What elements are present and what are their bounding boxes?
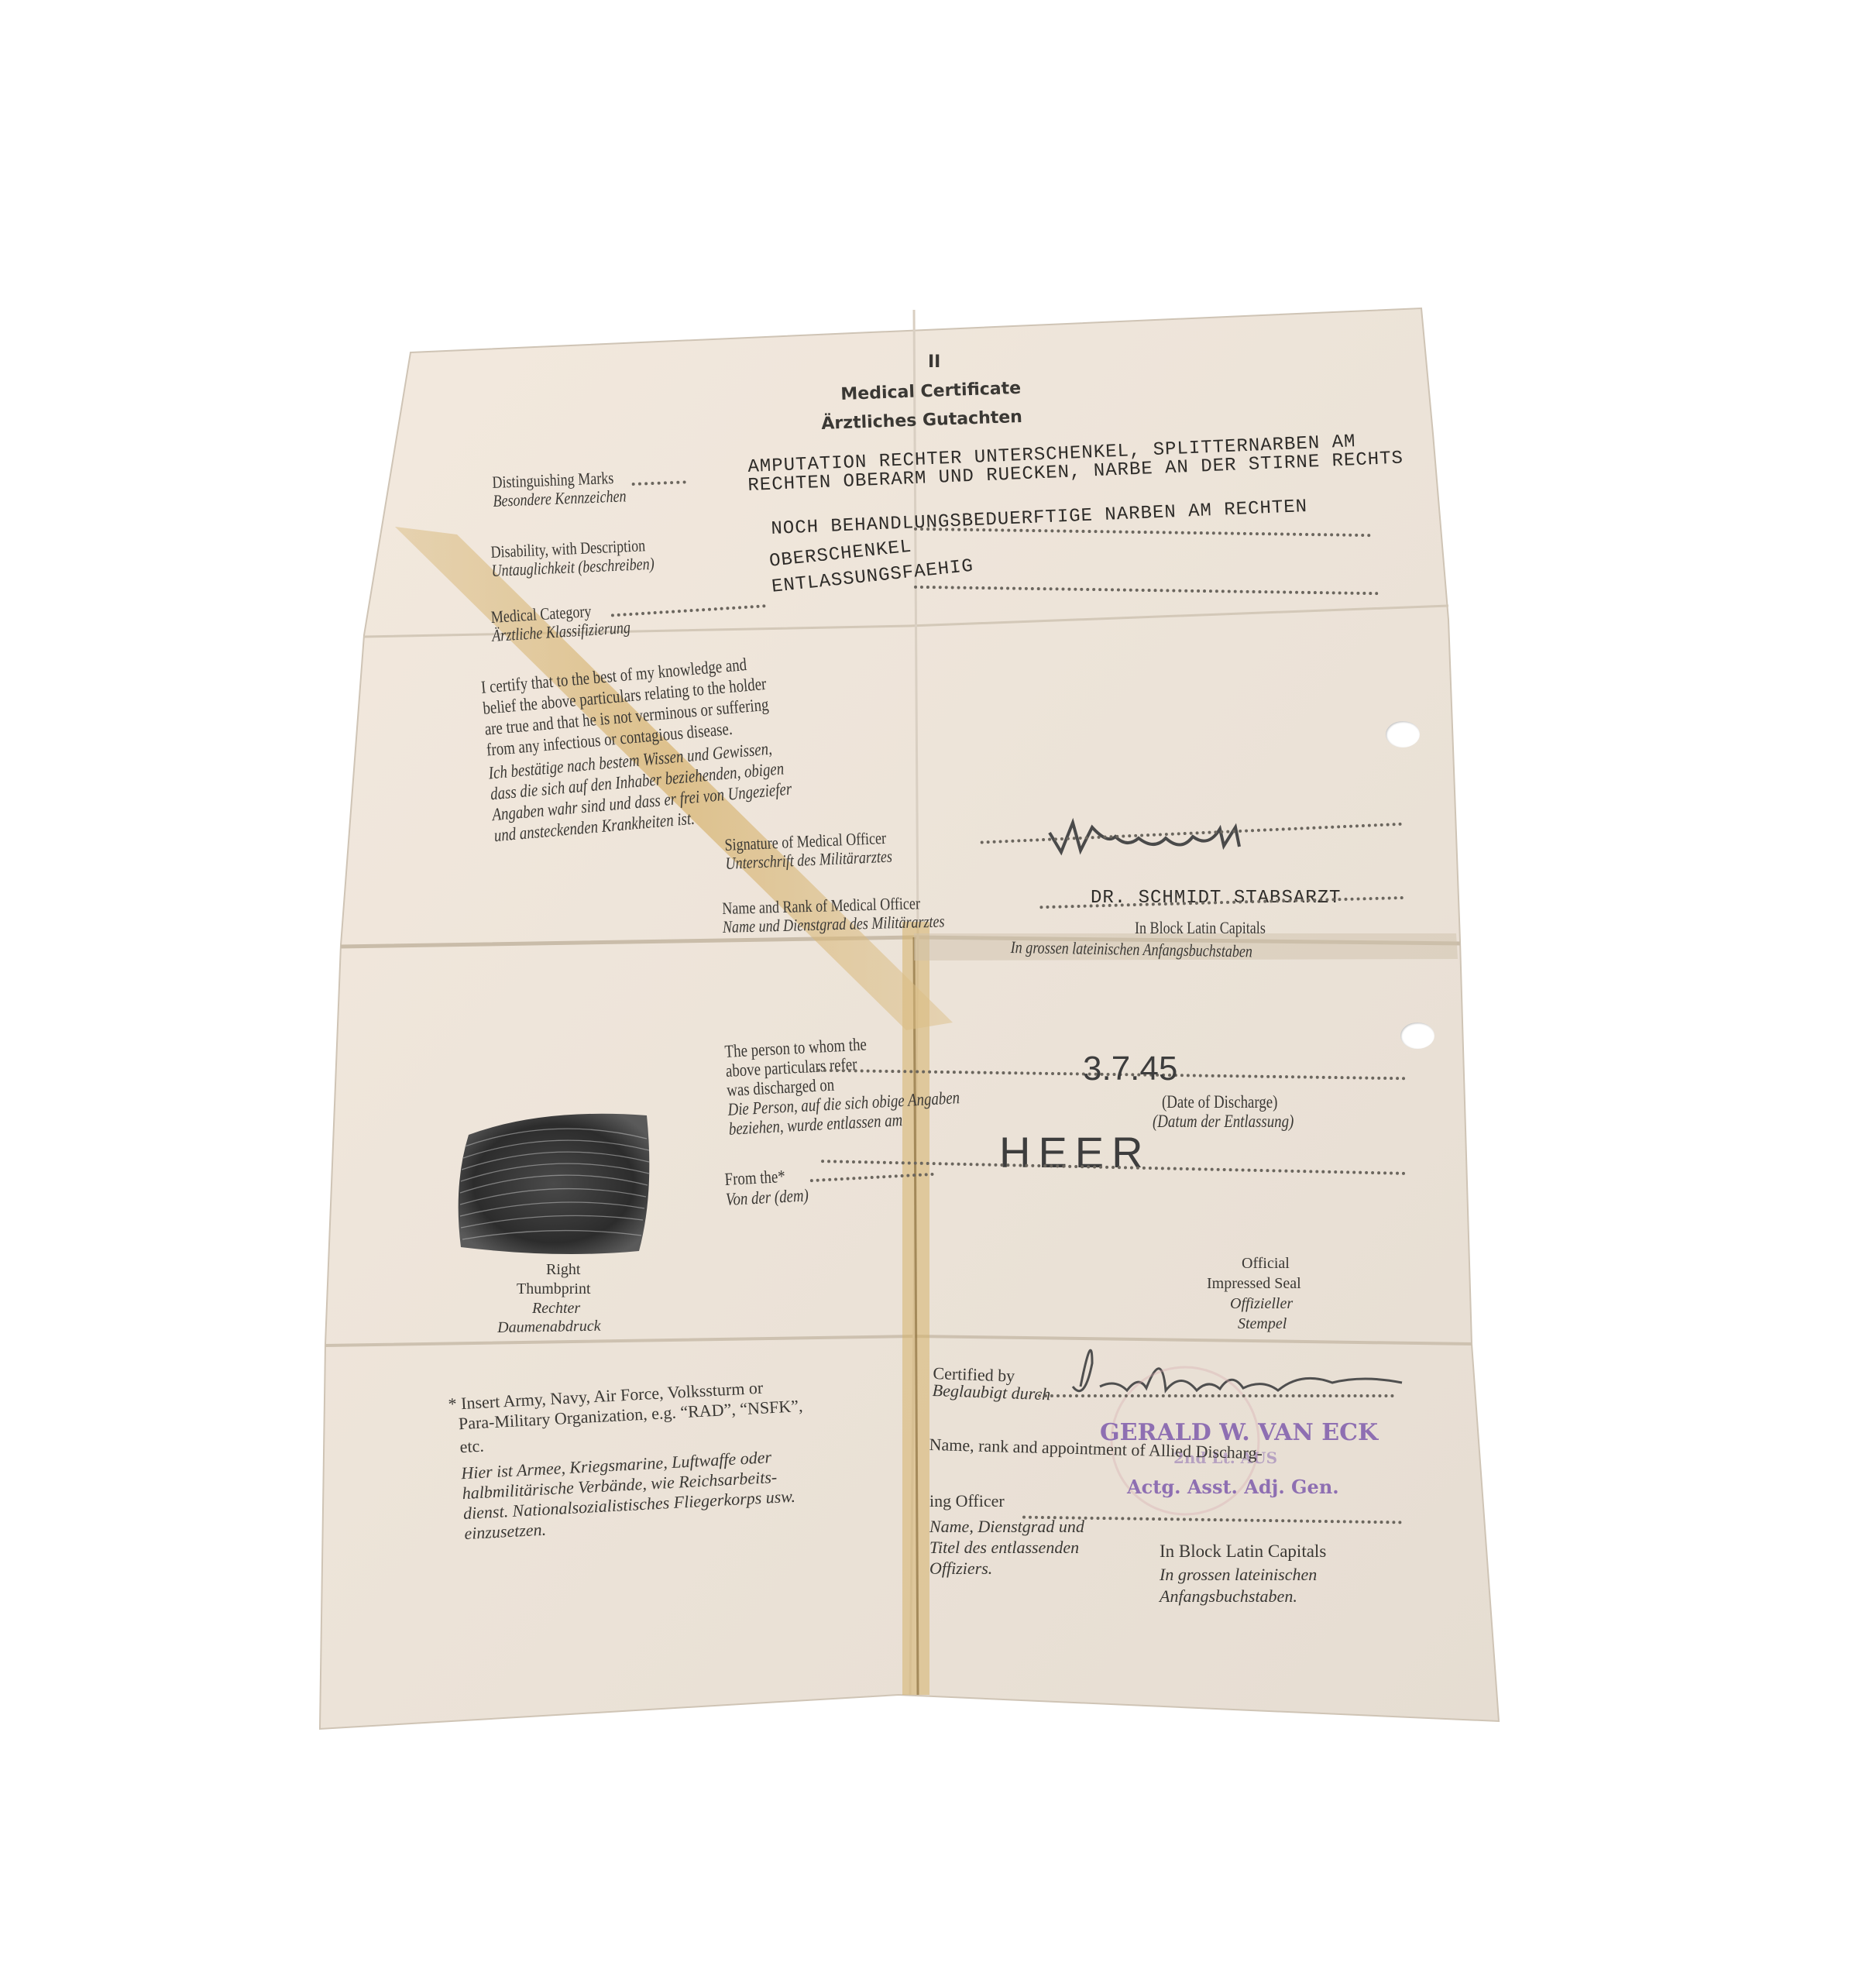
stamp-title: Actg. Asst. Adj. Gen. xyxy=(1127,1476,1339,1498)
paper-sheet xyxy=(0,0,1876,1983)
seal-label-de: Stempel xyxy=(1238,1315,1287,1333)
medical-officer-hint-en: In Block Latin Capitals xyxy=(1135,918,1266,938)
thumbprint-label-de: Rechter xyxy=(532,1300,580,1318)
discharge-date-label-de: (Datum der Entlassung) xyxy=(1153,1112,1294,1132)
from-value: HEER xyxy=(999,1127,1151,1177)
discharging-officer-label-de: Name, Dienstgrad und xyxy=(929,1517,1084,1537)
discharging-officer-hint-de: In grossen lateinischen xyxy=(1160,1565,1317,1585)
footnote-en-line: etc. xyxy=(459,1436,484,1458)
discharging-officer-hint-de: Anfangsbuchstaben. xyxy=(1160,1586,1297,1607)
thumbprint-label-en: Right xyxy=(546,1261,580,1279)
discharging-officer-hint-en: In Block Latin Capitals xyxy=(1160,1541,1326,1562)
medical-officer-hint-de: In grossen lateinischen Anfangsbuchstabe… xyxy=(1011,937,1253,961)
seal-label-en: Official xyxy=(1242,1255,1290,1273)
punch-hole xyxy=(1386,721,1420,747)
document-photo: II Medical Certificate Ärztliches Gutach… xyxy=(0,0,1876,1983)
seal-label-de: Offizieller xyxy=(1230,1295,1293,1313)
section-number: II xyxy=(928,352,940,372)
thumbprint-image xyxy=(459,1114,650,1254)
discharging-officer-label-de: Offiziers. xyxy=(929,1559,992,1579)
discharge-date-label-en: (Date of Discharge) xyxy=(1162,1092,1277,1112)
certified-by-label-de: Beglaubigt durch xyxy=(932,1380,1050,1404)
discharging-officer-label: ing Officer xyxy=(929,1491,1005,1511)
seal-label-en: Impressed Seal xyxy=(1207,1275,1301,1293)
thumbprint-label-de: Daumenabdruck xyxy=(497,1318,601,1337)
punch-hole xyxy=(1400,1022,1434,1049)
discharge-date-value: 3.7.45 xyxy=(1083,1050,1177,1088)
thumbprint-label-en: Thumbprint xyxy=(517,1280,591,1298)
discharging-officer-label-de: Titel des entlassenden xyxy=(929,1538,1079,1558)
footnote-de-line: einzusetzen. xyxy=(464,1520,547,1544)
